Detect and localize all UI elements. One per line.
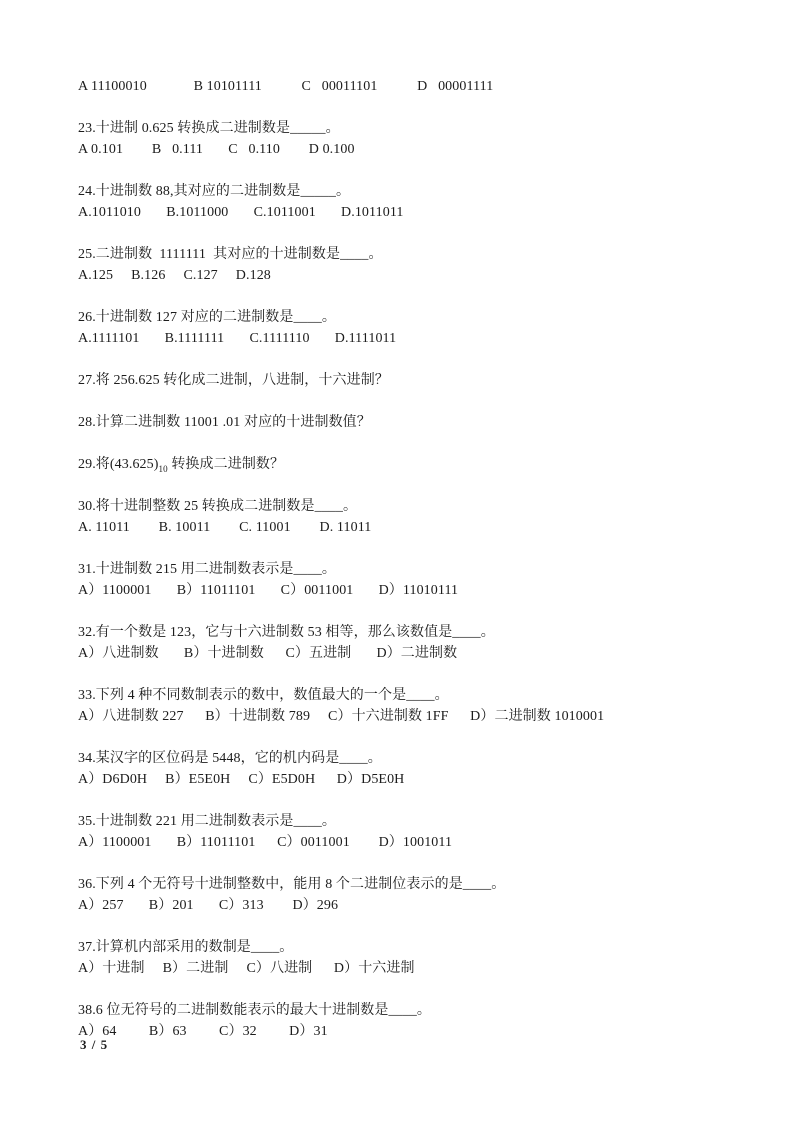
options-line: A.1111101 B.1111111 C.1111110 D.1111011	[78, 328, 770, 349]
question-block: 25.二进制数 1111111 其对应的十进制数是____。A.125 B.12…	[78, 244, 770, 286]
question-text: 35.十进制数 221 用二进制数表示是____。	[78, 811, 770, 832]
question-text: 36.下列 4 个无符号十进制整数中，能用 8 个二进制位表示的是____。	[78, 874, 770, 895]
questions-area: A 11100010 B 10101111 C 00011101 D 00001…	[78, 76, 770, 1063]
options-line: A）D6D0H B）E5E0H C）E5D0H D）D5E0H	[78, 769, 770, 790]
question-text: 31.十进制数 215 用二进制数表示是____。	[78, 559, 770, 580]
options-line: A 0.101 B 0.111 C 0.110 D 0.100	[78, 139, 770, 160]
question-block: 33.下列 4 种不同数制表示的数中，数值最大的一个是____。A）八进制数 2…	[78, 685, 770, 727]
options-line: A）257 B）201 C）313 D）296	[78, 895, 770, 916]
options-line: A）八进制数 B）十进制数 C）五进制 D）二进制数	[78, 643, 770, 664]
question-text: 29.将(43.625)10 转换成二进制数？	[78, 454, 770, 475]
question-text: 32.有一个数是 123，它与十六进制数 53 相等，那么该数值是____。	[78, 622, 770, 643]
options-line: A. 11011 B. 10011 C. 11001 D. 11011	[78, 517, 770, 538]
options-line: A）十进制 B）二进制 C）八进制 D）十六进制	[78, 958, 770, 979]
options-line: A）1100001 B）11011101 C）0011001 D）1001011	[78, 832, 770, 853]
question-text: 23.十进制 0.625 转换成二进制数是_____。	[78, 118, 770, 139]
options-line: A）64 B）63 C）32 D）31	[78, 1021, 770, 1042]
options-line: A）八进制数 227 B）十进制数 789 C）十六进制数 1FF D）二进制数…	[78, 706, 770, 727]
subscript-base-10: 10	[159, 464, 168, 474]
question-block: 31.十进制数 215 用二进制数表示是____。A）1100001 B）110…	[78, 559, 770, 601]
options-line: A）1100001 B）11011101 C）0011001 D）1101011…	[78, 580, 770, 601]
question-block: 32.有一个数是 123，它与十六进制数 53 相等，那么该数值是____。A）…	[78, 622, 770, 664]
question-block: 38.6 位无符号的二进制数能表示的最大十进制数是____。A）64 B）63 …	[78, 1000, 770, 1042]
document-page: A 11100010 B 10101111 C 00011101 D 00001…	[0, 0, 794, 1123]
question-block: 30.将十进制整数 25 转换成二进制数是____。A. 11011 B. 10…	[78, 496, 770, 538]
question-text: 34.某汉字的区位码是 5448，它的机内码是____。	[78, 748, 770, 769]
question-block: 37.计算机内部采用的数制是____。A）十进制 B）二进制 C）八进制 D）十…	[78, 937, 770, 979]
question-text: 26.十进制数 127 对应的二进制数是____。	[78, 307, 770, 328]
question-block: 36.下列 4 个无符号十进制整数中，能用 8 个二进制位表示的是____。A）…	[78, 874, 770, 916]
question-block: 28.计算二进制数 11001 .01 对应的十进制数值？	[78, 412, 770, 433]
question-text: 28.计算二进制数 11001 .01 对应的十进制数值？	[78, 412, 770, 433]
question-block: A 11100010 B 10101111 C 00011101 D 00001…	[78, 76, 770, 97]
options-line: A 11100010 B 10101111 C 00011101 D 00001…	[78, 76, 770, 97]
options-line: A.125 B.126 C.127 D.128	[78, 265, 770, 286]
options-line: A.1011010 B.1011000 C.1011001 D.1011011	[78, 202, 770, 223]
question-block: 23.十进制 0.625 转换成二进制数是_____。A 0.101 B 0.1…	[78, 118, 770, 160]
question-text: 25.二进制数 1111111 其对应的十进制数是____。	[78, 244, 770, 265]
question-text: 37.计算机内部采用的数制是____。	[78, 937, 770, 958]
question-text: 24.十进制数 88,其对应的二进制数是_____。	[78, 181, 770, 202]
question-text: 38.6 位无符号的二进制数能表示的最大十进制数是____。	[78, 1000, 770, 1021]
question-text: 27.将 256.625 转化成二进制，八进制，十六进制？	[78, 370, 770, 391]
question-text: 33.下列 4 种不同数制表示的数中，数值最大的一个是____。	[78, 685, 770, 706]
question-block: 27.将 256.625 转化成二进制，八进制，十六进制？	[78, 370, 770, 391]
question-block: 34.某汉字的区位码是 5448，它的机内码是____。A）D6D0H B）E5…	[78, 748, 770, 790]
question-block: 35.十进制数 221 用二进制数表示是____。A）1100001 B）110…	[78, 811, 770, 853]
question-block: 24.十进制数 88,其对应的二进制数是_____。A.1011010 B.10…	[78, 181, 770, 223]
question-text: 30.将十进制整数 25 转换成二进制数是____。	[78, 496, 770, 517]
question-block: 26.十进制数 127 对应的二进制数是____。A.1111101 B.111…	[78, 307, 770, 349]
question-block: 29.将(43.625)10 转换成二进制数？	[78, 454, 770, 475]
page-number: 3 / 5	[80, 1037, 108, 1053]
